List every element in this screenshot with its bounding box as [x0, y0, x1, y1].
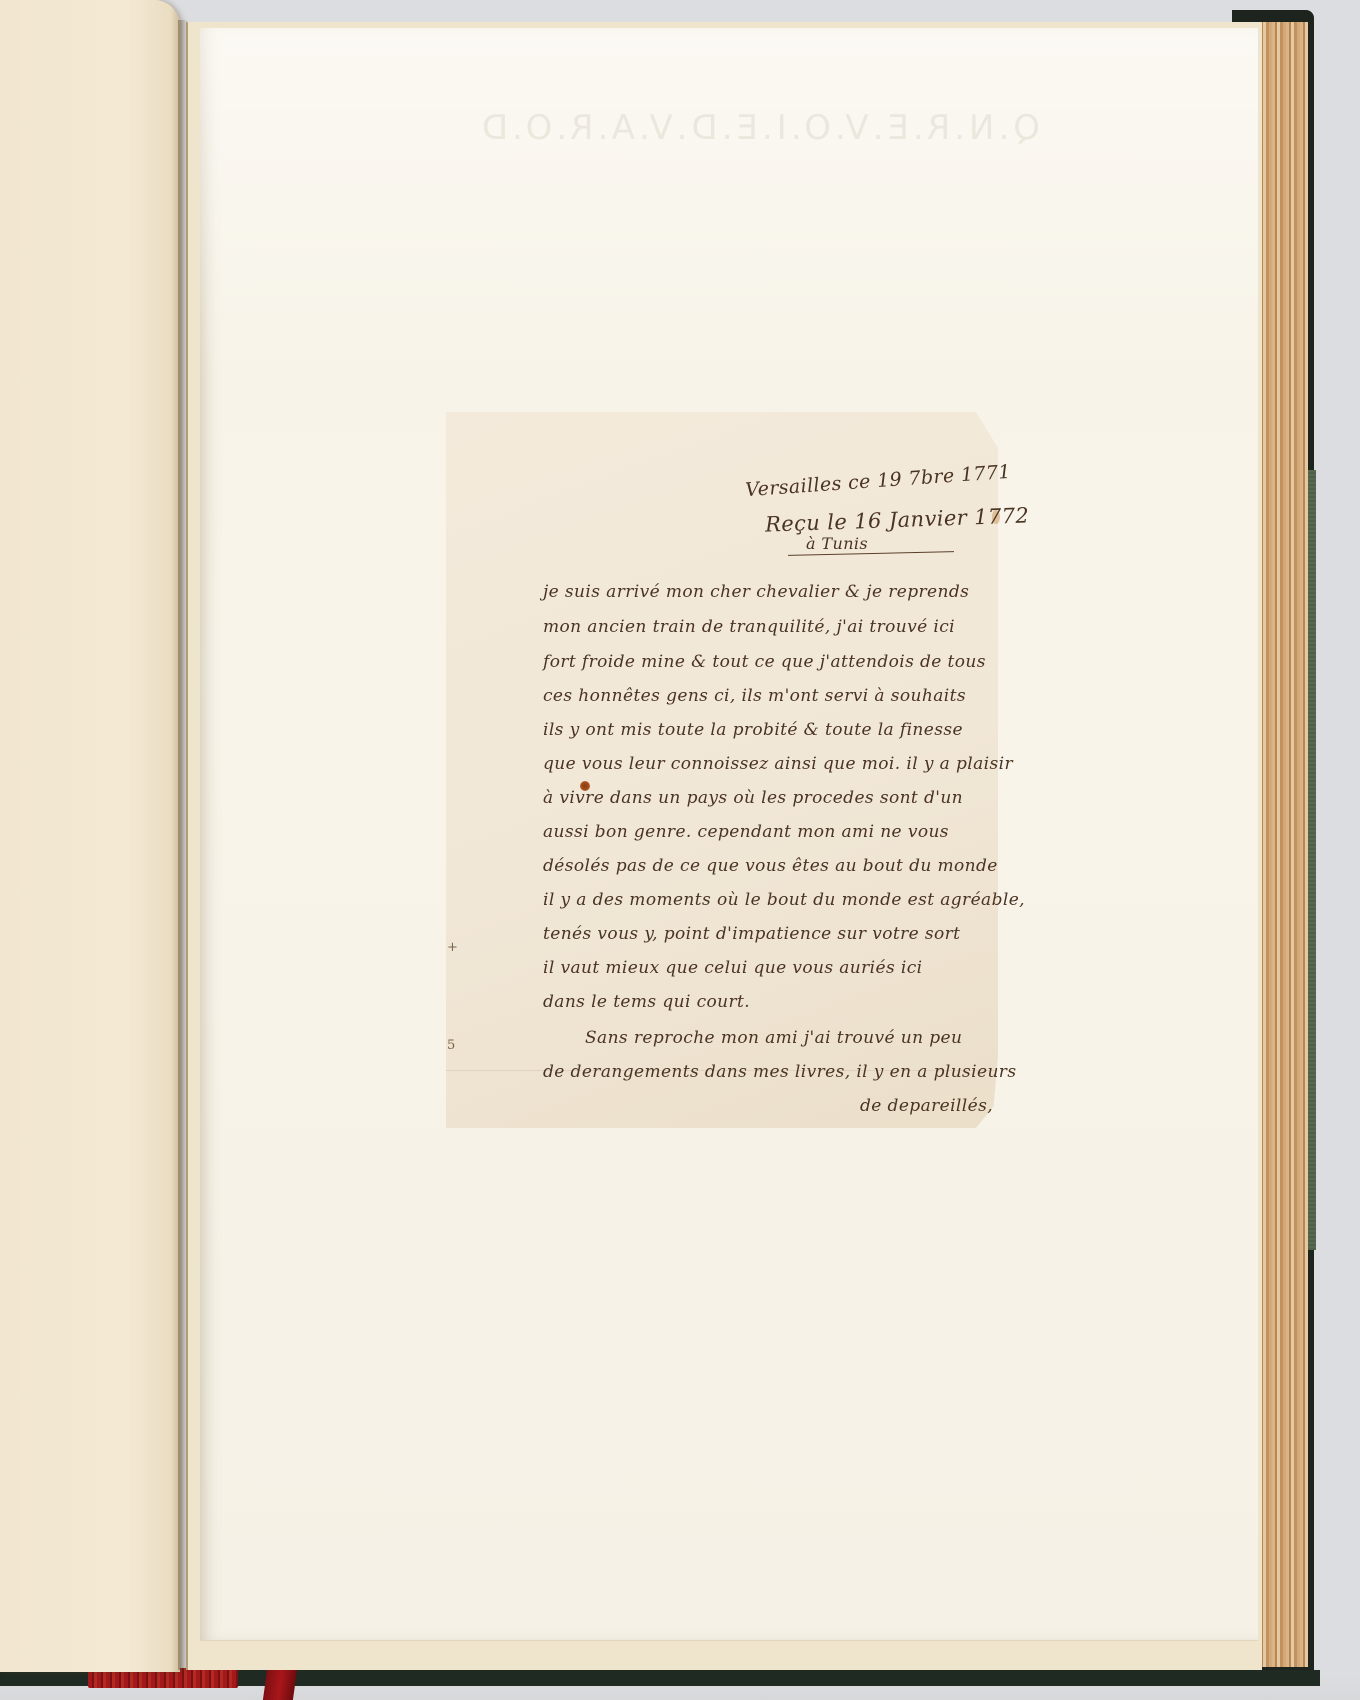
- letter-line: je suis arrivé mon cher chevalier & je r…: [543, 582, 969, 602]
- letter-line: à vivre dans un pays où les procedes son…: [543, 788, 963, 808]
- show-through-text: Q.N.R.E.V.O.I.E.D.V.A.R.O.D: [600, 108, 1040, 148]
- left-page: [0, 0, 180, 1672]
- letter-line: que vous leur connoissez ainsi que moi. …: [543, 754, 1013, 774]
- bookmark-ribbon: [263, 1668, 298, 1700]
- letter-line: aussi bon genre. cependant mon ami ne vo…: [543, 822, 949, 842]
- letter-line: il y a des moments où le bout du monde e…: [543, 890, 1025, 910]
- letter-line: fort froide mine & tout ce que j'attendo…: [543, 652, 986, 672]
- letter-line: mon ancien train de tranquilité, j'ai tr…: [543, 617, 955, 637]
- letter-line: il vaut mieux que celui que vous auriés …: [543, 958, 923, 978]
- letter-line: ils y ont mis toute la probité & toute l…: [543, 720, 963, 740]
- page-sheen: [200, 28, 1258, 388]
- letter-line: tenés vous y, point d'impatience sur vot…: [543, 924, 960, 944]
- letter-line: ces honnêtes gens ci, ils m'ont servi à …: [543, 686, 966, 706]
- gutter-shadow: [178, 20, 188, 1670]
- letter-line: de depareillés,: [860, 1096, 993, 1116]
- letter-line: Sans reproche mon ami j'ai trouvé un peu: [585, 1028, 962, 1048]
- page-edges: [1258, 22, 1308, 1667]
- letter-line: dans le tems qui court.: [543, 992, 750, 1012]
- letter-line: désolés pas de ce que vous êtes au bout …: [543, 856, 998, 876]
- letter-place-line: à Tunis: [806, 534, 868, 553]
- letter-line: de derangements dans mes livres, il y en…: [543, 1062, 1016, 1082]
- margin-mark: 5: [447, 1038, 455, 1053]
- margin-mark: +: [447, 940, 458, 955]
